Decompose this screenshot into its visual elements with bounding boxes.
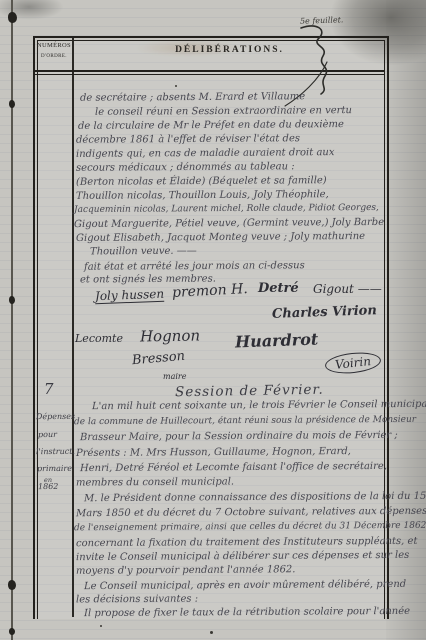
binding-stitch — [9, 296, 15, 304]
signature: Huardrot — [235, 330, 319, 352]
margin-note-line: Dépenses — [36, 411, 75, 422]
binding-stitch — [8, 580, 16, 590]
manuscript-line: indigents qui, en cas de maladie auraien… — [76, 147, 335, 160]
stain-speck — [175, 85, 177, 87]
binding-stitch — [8, 12, 17, 23]
manuscript-line: les décisions suivantes : — [76, 594, 198, 606]
signature: Joly hussen — [95, 287, 165, 304]
manuscript-line: Brasseur Maire, pour la Session ordinair… — [80, 430, 398, 443]
binding-stitch — [9, 100, 15, 108]
margin-note-line: 1862 — [38, 481, 58, 492]
manuscript-line: secours médicaux ; dénommés au tableau : — [76, 161, 295, 174]
manuscript-line: Le Conseil municipal, après en avoir mûr… — [84, 579, 406, 592]
manuscript-line: le conseil réuni en Session extraordinai… — [95, 105, 352, 118]
manuscript-line: décembre 1861 à l'effet de réviser l'éta… — [76, 133, 300, 146]
manuscript-line: Jacqueminin nicolas, Laurent michel, Rol… — [74, 203, 379, 216]
manuscript-line: Présents : M. Mrs Husson, Guillaume, Hog… — [76, 446, 351, 459]
binding-thread — [11, 0, 13, 640]
binding-stitch — [9, 628, 15, 635]
manuscript-line: Gigout Elisabeth, Jacquot Monteg veuve ;… — [76, 231, 365, 244]
signature: Hognon — [140, 326, 200, 345]
numeros-label: NUMÉROS — [36, 42, 72, 49]
signature: Lecomte — [75, 332, 123, 345]
manuscript-line: membres du conseil municipal. — [76, 476, 234, 488]
signature-title: maire — [163, 372, 186, 381]
manuscript-line: L'an mil huit cent soixante un, le trois… — [92, 399, 426, 412]
manuscript-line: Gigout Marguerite, Pétiel veuve, (Germin… — [74, 217, 384, 230]
manuscript-line: Il propose de fixer le taux de la rétrib… — [84, 606, 410, 619]
margin-item-number: 7 — [44, 384, 54, 395]
manuscript-line: invite le Conseil municipal à délibérer … — [76, 550, 409, 563]
stain-speck — [100, 625, 102, 627]
margin-note-line: pour — [38, 429, 57, 440]
stain-speck — [210, 631, 213, 634]
signature: Detré — [258, 281, 299, 296]
order-number-column-header: NUMÉROS D'ORDRE. — [36, 42, 72, 68]
manuscript-line: de secrétaire ; absents M. Erard et Vill… — [80, 91, 305, 104]
signature: Gigout —— — [313, 282, 382, 296]
manuscript-line: Thouillon veuve. —— — [90, 246, 197, 258]
ordre-label: D'ORDRE. — [36, 54, 72, 59]
session-heading: Session de Février. — [175, 382, 324, 401]
scanned-register-page: { "document": { "folio_note": "5e feuill… — [0, 0, 426, 640]
margin-note-line: l'instruct. — [36, 446, 75, 457]
manuscript-line: Henri, Detré Féréol et Lecomte faisant l… — [80, 461, 387, 474]
manuscript-line: fait état et arrêté les jour mois an ci-… — [84, 260, 305, 273]
manuscript-line: Thouillon nicolas, Thouillon Louis, Joly… — [76, 189, 329, 202]
manuscript-line: moyens d'y pourvoir pendant l'année 1862… — [76, 564, 296, 577]
manuscript-line: (Berton nicolas et Élaide) (Béquelet et … — [76, 175, 327, 188]
manuscript-line: de la circulaire de Mr le Préfet en date… — [78, 119, 344, 132]
margin-note-line: primaire — [37, 463, 72, 474]
